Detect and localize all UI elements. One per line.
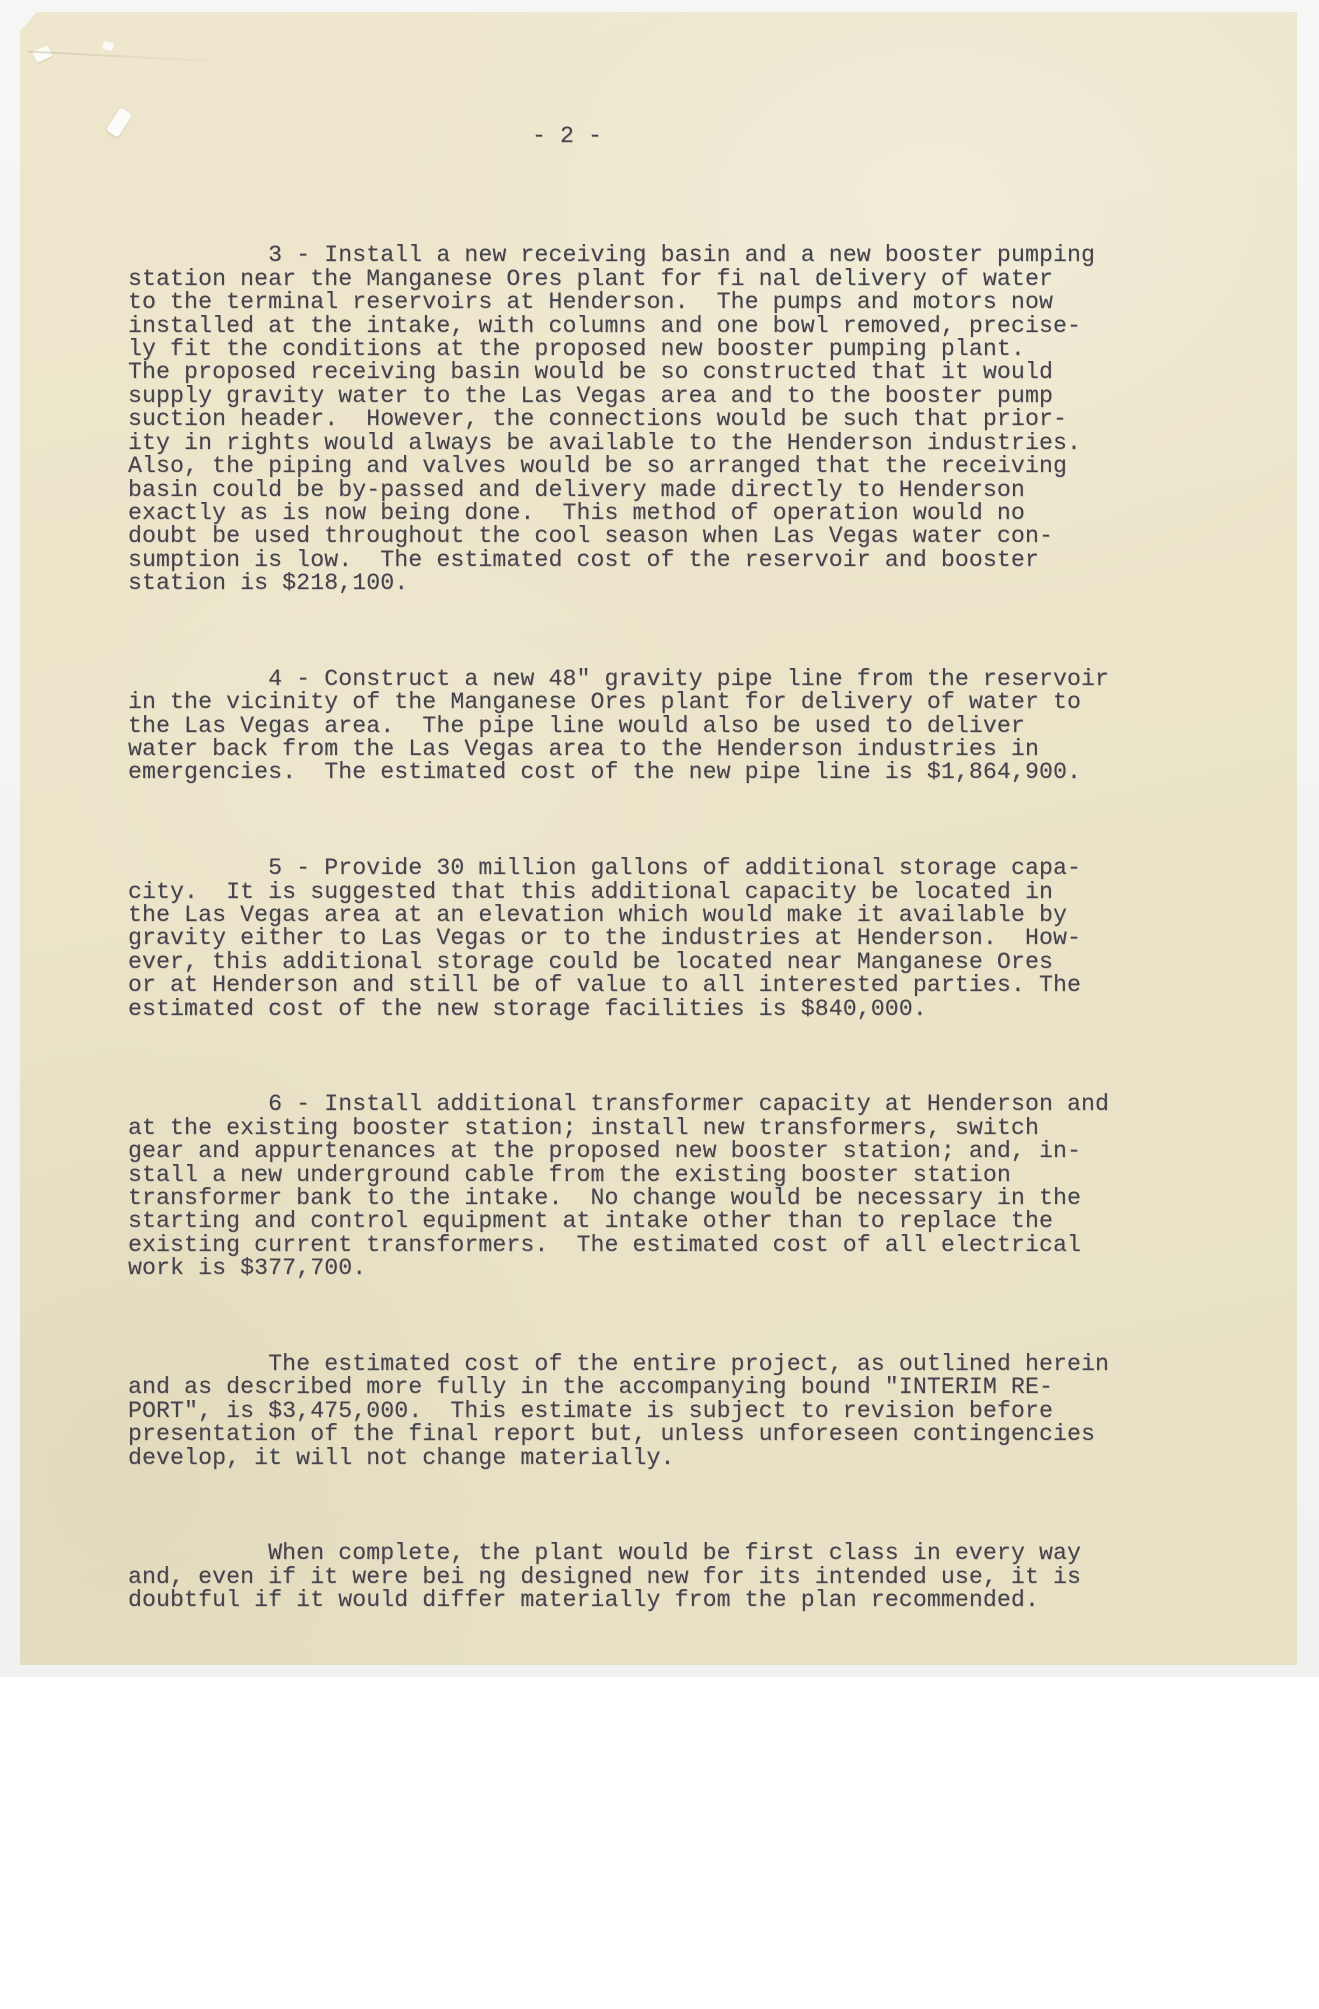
document-page: - 2 - 3 - Install a new receiving basin … xyxy=(20,12,1297,1665)
paragraph-item-4: 4 - Construct a new 48" gravity pipe lin… xyxy=(128,668,1133,785)
scan-background: - 2 - 3 - Install a new receiving basin … xyxy=(0,0,1319,1677)
paper-blemish-speck-right xyxy=(102,41,114,51)
typewritten-text-block: - 2 - 3 - Install a new receiving basin … xyxy=(128,78,1133,1677)
paragraph-item-6: 6 - Install additional transformer capac… xyxy=(128,1093,1133,1280)
paper-blemish-speck-left xyxy=(32,45,52,63)
paper-crease xyxy=(28,51,238,64)
page-number-heading: - 2 - xyxy=(532,125,1133,148)
paragraph-conclusion: When complete, the plant would be first … xyxy=(128,1542,1133,1612)
paragraph-item-5: 5 - Provide 30 million gallons of additi… xyxy=(128,857,1133,1021)
paragraph-cost-summary: The estimated cost of the entire project… xyxy=(128,1353,1133,1470)
paragraph-item-3: 3 - Install a new receiving basin and a … xyxy=(128,244,1133,595)
